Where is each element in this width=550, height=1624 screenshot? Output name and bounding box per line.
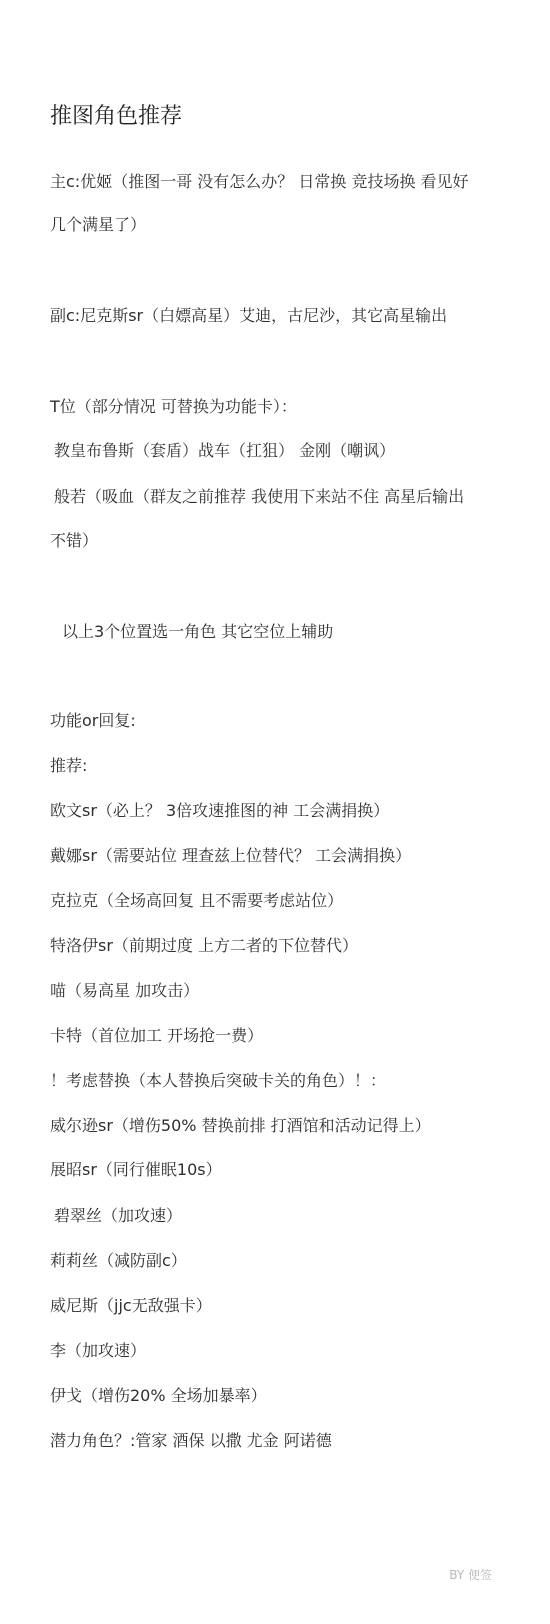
sub-carry-line: 副c:尼克斯sr（白嫖高星）艾迪，古尼沙，其它高星输出 — [50, 305, 447, 327]
position-note: 以上3个位置选一角色 其它空位上辅助 — [62, 621, 333, 643]
list-item: 戴娜sr（需要站位 理查兹上位替代？ 工会满捐换） — [50, 845, 411, 867]
list-item: 伊戈（增伤20% 全场加暴率） — [50, 1385, 267, 1407]
list-item: 喵（易高星 加攻击） — [50, 980, 199, 1002]
footer-signature: BY 便签 — [449, 1566, 492, 1584]
potential-characters-line: 潜力角色？:管家 酒保 以撒 尤金 阿诺德 — [50, 1430, 332, 1452]
tank-heading: T位（部分情况 可替换为功能卡）： — [50, 396, 297, 418]
list-item: 特洛伊sr（前期过度 上方二者的下位替代） — [50, 935, 358, 957]
main-carry-line-2: 几个满星了） — [50, 214, 146, 236]
tank-list-line-2: 般若（吸血（群友之前推荐 我使用下来站不住 高星后输出 — [54, 486, 464, 508]
replacement-heading: ！考虑替换（本人替换后突破卡关的角色）！： — [50, 1070, 386, 1092]
recommend-heading: 推荐: — [50, 755, 87, 777]
main-carry-line-1: 主c:优姬（推图一哥 没有怎么办？ 日常换 竞技场换 看见好 — [50, 171, 469, 193]
list-item: 碧翠丝（加攻速） — [54, 1205, 182, 1227]
note-title: 推图角色推荐 — [50, 103, 182, 131]
note-page: 推图角色推荐 主c:优姬（推图一哥 没有怎么办？ 日常换 竞技场换 看见好 几个… — [0, 0, 550, 1624]
list-item: 李（加攻速） — [50, 1340, 146, 1362]
list-item: 克拉克（全场高回复 且不需要考虑站位） — [50, 890, 343, 912]
tank-list-line-3: 不错） — [50, 530, 98, 552]
list-item: 卡特（首位加工 开场抢一费） — [50, 1025, 263, 1047]
list-item: 展昭sr（同行催眠10s） — [50, 1159, 222, 1181]
support-heading: 功能or回复: — [50, 710, 136, 732]
tank-list-line-1: 教皇布鲁斯（套盾）战车（扛狙） 金刚（嘲讽） — [54, 440, 395, 462]
list-item: 威尔逊sr（增伤50% 替换前排 打酒馆和活动记得上） — [50, 1115, 431, 1137]
list-item: 威尼斯（jjc无敌强卡） — [50, 1295, 212, 1317]
list-item: 欧文sr（必上？ 3倍攻速推图的神 工会满捐换） — [50, 800, 389, 822]
list-item: 莉莉丝（减防副c） — [50, 1250, 187, 1272]
